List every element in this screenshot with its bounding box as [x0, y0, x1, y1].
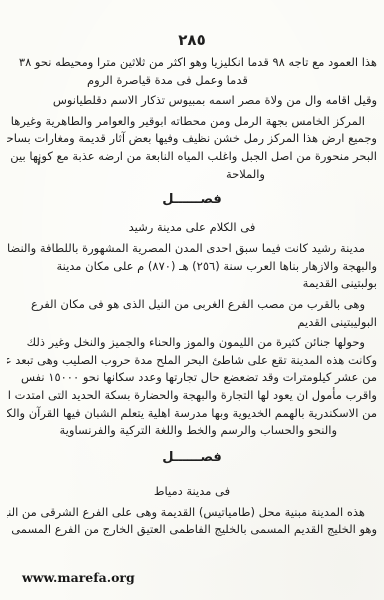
- body-line: والنحو والحساب والرسم والخط واللغة الترك…: [7, 422, 377, 440]
- damietta-paragraph: هذه المدينة مبنية محل (طامياتيس) القديمة…: [7, 504, 377, 539]
- body-line: وهى بالقرب من مصب الفرع الغربى من النيل …: [7, 296, 377, 314]
- body-line: وهو الخليج القديم المسمى بالخليج الفاطمى…: [7, 521, 377, 539]
- body-line: مدينة رشيد كانت فيما سبق احدى المدن المص…: [7, 240, 377, 258]
- section-heading-fasl: فصــــــل: [7, 191, 377, 209]
- body-line: المركز الخامس بجهة الرمل ومن محطاته ابوق…: [7, 113, 377, 131]
- body-line: من الاسكندرية بالهمم الخديوية وبها مدرسة…: [7, 405, 377, 423]
- body-line: واقرب مأمول ان يعود لها التجارة والبهجة …: [7, 387, 377, 405]
- pillar-attribution-line: وقيل اقامه وال من ولاة مصر اسمه بمبيوس ت…: [7, 92, 377, 110]
- rashid-paragraph-1: مدينة رشيد كانت فيما سبق احدى المدن المص…: [7, 240, 377, 293]
- page-number: ٢٨٥: [7, 30, 377, 50]
- scanned-book-page: ٢٨٥ هذا العمود مع تاجه ٩٨ قدما انكليزيا …: [0, 0, 384, 600]
- body-line: وكانت هذه المدينة تقع على شاطئ البحر الم…: [7, 352, 377, 370]
- body-line: البحر منحورة من اصل الجبل واغلب المياه ا…: [7, 148, 377, 166]
- body-line: والبهجة والازهار بناها العرب سنة (٢٥٦) ه…: [7, 258, 377, 276]
- watermark-link: www.marefa.org: [22, 570, 135, 585]
- body-line: وجميع ارض هذا المركز رمل خشن نظيف وفيها …: [7, 130, 377, 148]
- pillar-paragraph: هذا العمود مع تاجه ٩٨ قدما انكليزيا وهو …: [7, 54, 377, 89]
- rashid-paragraph-2: وهى بالقرب من مصب الفرع الغربى من النيل …: [7, 296, 377, 331]
- body-line: والملاحة: [7, 166, 377, 184]
- body-line: وحولها جنائن كثيرة من الليمون والموز وال…: [7, 334, 377, 352]
- body-line: هذا العمود مع تاجه ٩٨ قدما انكليزيا وهو …: [7, 54, 377, 72]
- section-title-rashid: فى الكلام على مدينة رشيد: [7, 219, 377, 235]
- section-title-damietta: فى مدينة دمياط: [7, 483, 377, 499]
- body-line: وقيل اقامه وال من ولاة مصر اسمه بمبيوس ت…: [7, 92, 377, 110]
- body-line: هذه المدينة مبنية محل (طامياتيس) القديمة…: [7, 504, 377, 522]
- body-line: بولبتينى القديمة: [7, 275, 377, 293]
- body-line: البوليبتينى القديم: [7, 314, 377, 332]
- body-line: قدما وعمل فى مدة قياصرة الروم: [7, 72, 377, 90]
- rashid-paragraph-3: وحولها جنائن كثيرة من الليمون والموز وال…: [7, 334, 377, 440]
- text-block: ٢٨٥ هذا العمود مع تاجه ٩٨ قدما انكليزيا …: [0, 0, 384, 539]
- district-paragraph: المركز الخامس بجهة الرمل ومن محطاته ابوق…: [7, 113, 377, 183]
- section-heading-fasl: فصــــــل: [7, 449, 377, 467]
- body-line: من عشر كيلومترات وقد تضعضع حال تجارتها و…: [7, 369, 377, 387]
